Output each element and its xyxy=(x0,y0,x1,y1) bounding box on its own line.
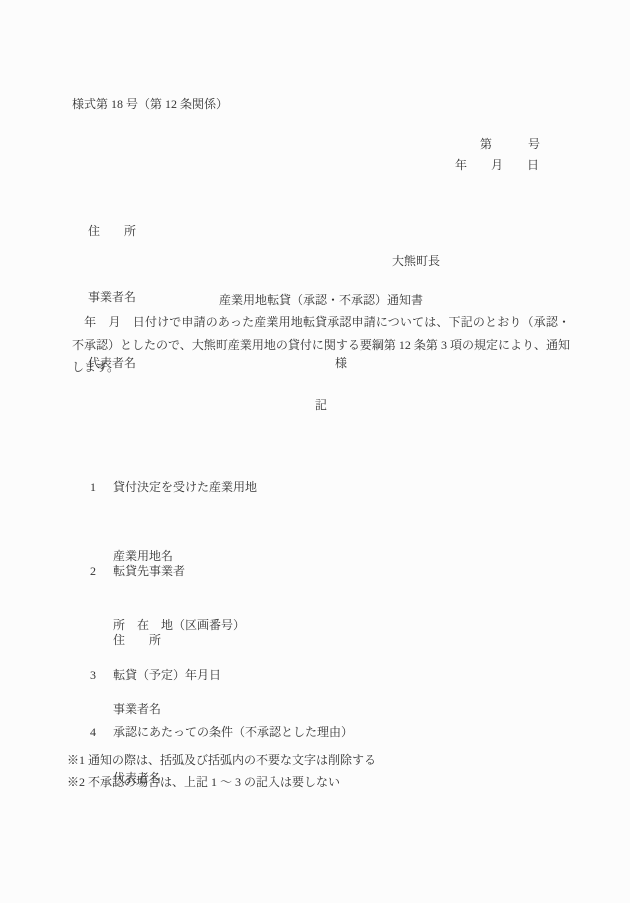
list-item-1-title: 貸付決定を受けた産業用地 xyxy=(113,476,257,499)
document-number-line: 第 号 xyxy=(480,135,540,152)
sender-name: 大熊町長 xyxy=(392,252,440,269)
footnote-2: ※2 不承認の場合は、上記 1 ～ 3 の記入は要しない xyxy=(67,773,340,790)
form-number: 様式第 18 号（第 12 条関係） xyxy=(72,95,228,112)
list-item-1-head: 1貸付決定を受けた産業用地 xyxy=(90,476,257,499)
date-line: 年 月 日 xyxy=(455,156,539,173)
list-item-4-head: 4承認にあたっての条件（不承認とした理由） xyxy=(90,721,353,744)
list-item-2-title: 転貸先事業者 xyxy=(113,560,185,583)
list-item-2-number: 2 xyxy=(90,560,113,583)
document-title: 産業用地転貸（承認・不承認）通知書 xyxy=(72,291,570,308)
recipient-address-label: 住 所 xyxy=(88,220,347,242)
list-item-4-number: 4 xyxy=(90,721,113,744)
ki-heading: 記 xyxy=(72,396,570,413)
list-item-2-head: 2転貸先事業者 xyxy=(90,560,185,583)
document-page: 様式第 18 号（第 12 条関係） 第 号 年 月 日 住 所 事業者名 代表… xyxy=(0,0,630,903)
body-paragraph: 年 月 日付けで申請のあった産業用地転貸承認申請については、下記のとおり（承認・… xyxy=(72,311,570,379)
list-item-1-number: 1 xyxy=(90,476,113,499)
footnote-1: ※1 通知の際は、括弧及び括弧内の不要な文字は削除する xyxy=(67,751,376,768)
list-item-4-title: 承認にあたっての条件（不承認とした理由） xyxy=(113,721,353,744)
